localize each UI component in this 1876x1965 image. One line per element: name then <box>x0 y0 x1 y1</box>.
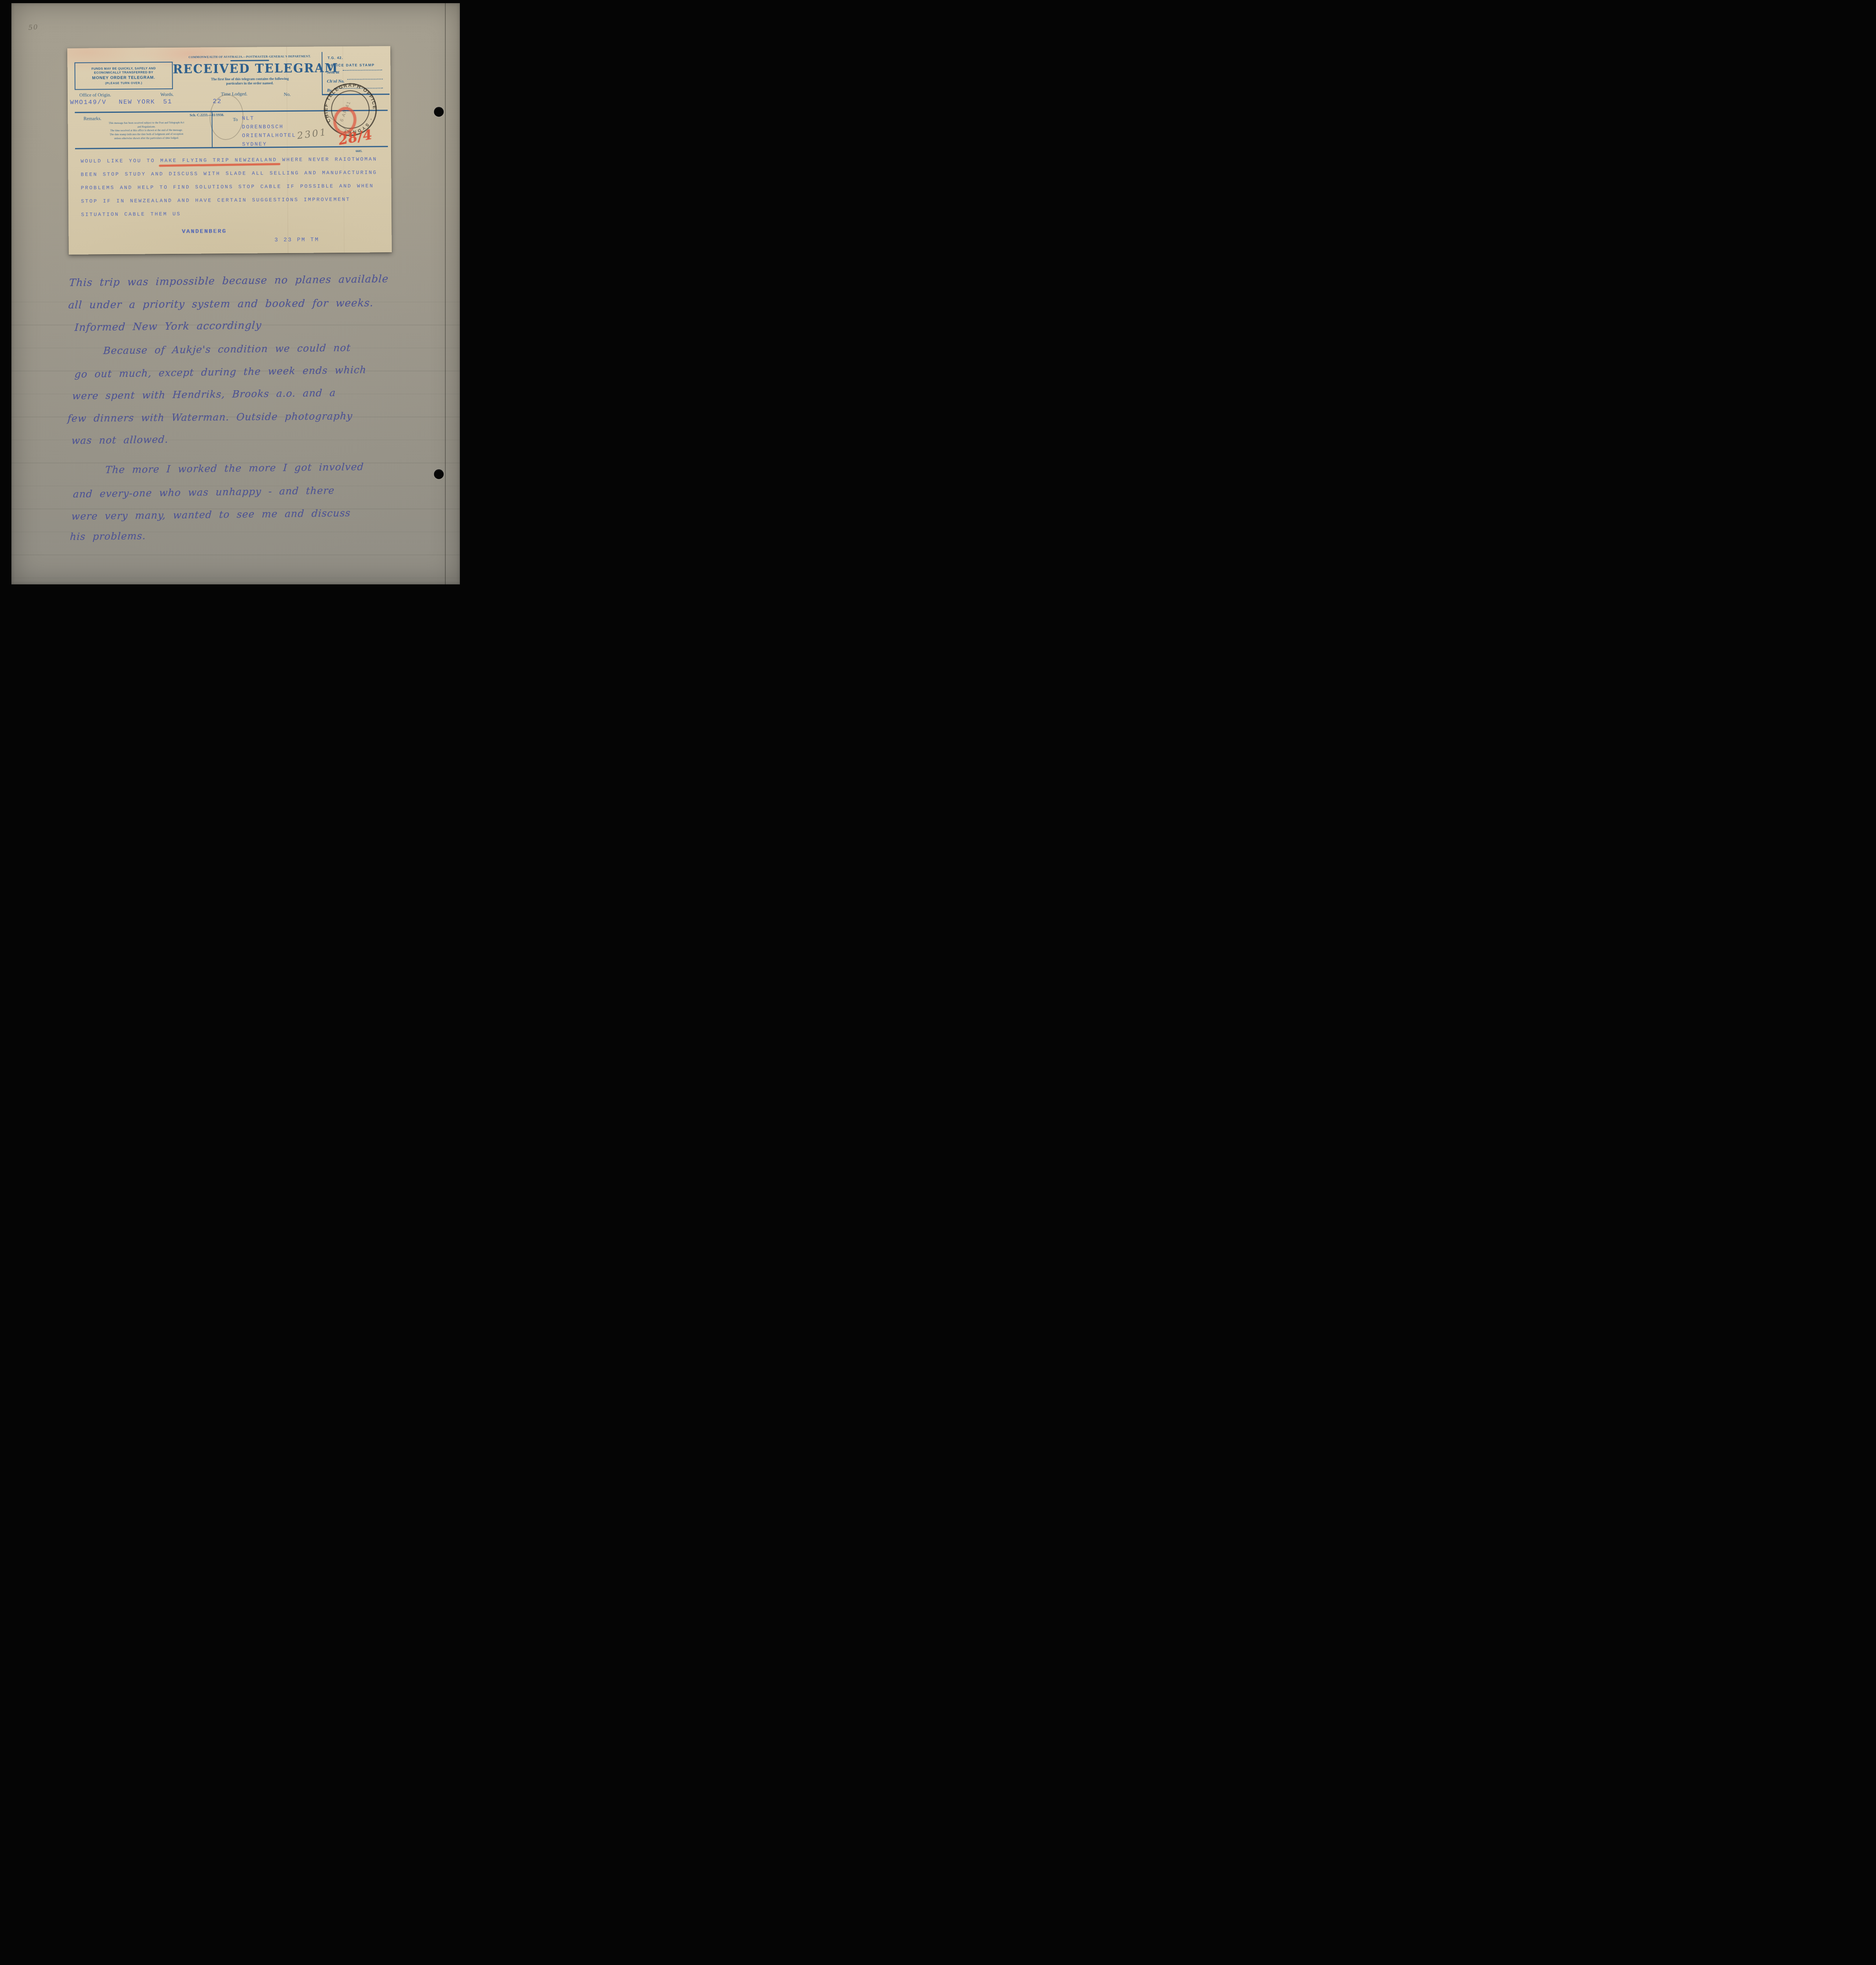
money-order-promo-box: FUNDS MAY BE QUICKLY, SAFELY AND ECONOMI… <box>74 62 173 90</box>
to-label: To <box>233 117 238 123</box>
address-line-3: ORIENTALHOTEL <box>242 132 296 141</box>
address-block: NLT DORENBOSCH ORIENTALHOTEL SYDNEY <box>242 114 296 149</box>
handwriting-p2-line5: was not allowed. <box>71 433 169 446</box>
promo-line-4: (PLEASE TURN OVER.) <box>105 81 142 85</box>
sent-at-label: Sent at <box>327 70 340 75</box>
origin-city: NEW YORK <box>119 98 155 106</box>
form-header: COMMONWEALTH OF AUSTRALIA.—POSTMASTER-GE… <box>173 54 327 86</box>
form-serial: 6685. <box>356 149 362 153</box>
signature: VANDENBERG <box>182 228 226 235</box>
message-line-5: SITUATION CABLE THEM US <box>81 211 181 218</box>
page-edge-crease <box>445 3 446 584</box>
address-line-2: DORENBOSCH <box>242 123 296 132</box>
header-divider <box>230 60 269 61</box>
punch-hole-bottom <box>434 469 444 479</box>
pencil-number-annotation: 2301 <box>296 127 328 141</box>
received-notice: This message has been received subject t… <box>81 121 211 141</box>
scanned-document-page: 50 FUNDS MAY BE QUICKLY, SAFELY AND ECON… <box>0 0 469 588</box>
message-line-4: STOP IF IN NEWZEALAND AND HAVE CERTAIN S… <box>81 196 351 204</box>
promo-line-3: MONEY ORDER TELEGRAM. <box>92 75 155 80</box>
red-underline-mark <box>159 163 280 167</box>
form-code: T.G. 42. <box>327 56 343 60</box>
message-line-2: BEEN STOP STUDY AND DISCUSS WITH SLADE A… <box>81 169 377 177</box>
office-date-stamp-label: OFFICE DATE STAMP <box>327 63 375 67</box>
message-line-1: WOULD LIKE YOU TO MAKE FLYING TRIP NEWZE… <box>81 156 377 164</box>
handwriting-p1-line2: all under a priority system and booked f… <box>68 297 374 311</box>
notice-line-5: unless otherwise shown after the particu… <box>81 136 212 141</box>
words-label: Words. <box>160 92 174 97</box>
paper-crease-2 <box>342 46 345 253</box>
sent-at-line <box>343 70 382 71</box>
form-subtitle-2: particulars in the order named. <box>173 81 327 86</box>
address-line-1: NLT <box>242 114 296 123</box>
department-line: COMMONWEALTH OF AUSTRALIA.—POSTMASTER-GE… <box>173 54 327 59</box>
telegram-form: FUNDS MAY BE QUICKLY, SAFELY AND ECONOMI… <box>67 46 392 255</box>
no-label: No. <box>284 92 291 97</box>
origin-label: Office of Origin. <box>79 92 111 98</box>
words-value: 51 <box>163 98 172 105</box>
promo-line-2: ECONOMICALLY TRANSFERRED BY <box>94 70 153 74</box>
handwriting-p3-line4: his problems. <box>70 530 146 542</box>
punch-hole-top <box>434 107 444 117</box>
origin-value: WMO149/V <box>70 99 107 106</box>
remarks-label: Remarks. <box>83 116 101 121</box>
message-line-3: PROBLEMS AND HELP TO FIND SOLUTIONS STOP… <box>81 183 374 191</box>
pencil-page-number: 50 <box>28 23 39 32</box>
time-received: 3 23 PM TM <box>275 237 320 243</box>
schedule-code: Sch. C.2233.—11/1938. <box>189 113 224 117</box>
form-title: RECEIVED TELEGRAM <box>173 61 327 76</box>
handwriting-p1-line3: Informed New York accordingly <box>74 320 262 334</box>
album-page: 50 FUNDS MAY BE QUICKLY, SAFELY AND ECON… <box>11 3 460 584</box>
promo-line-1: FUNDS MAY BE QUICKLY, SAFELY AND <box>92 66 156 70</box>
